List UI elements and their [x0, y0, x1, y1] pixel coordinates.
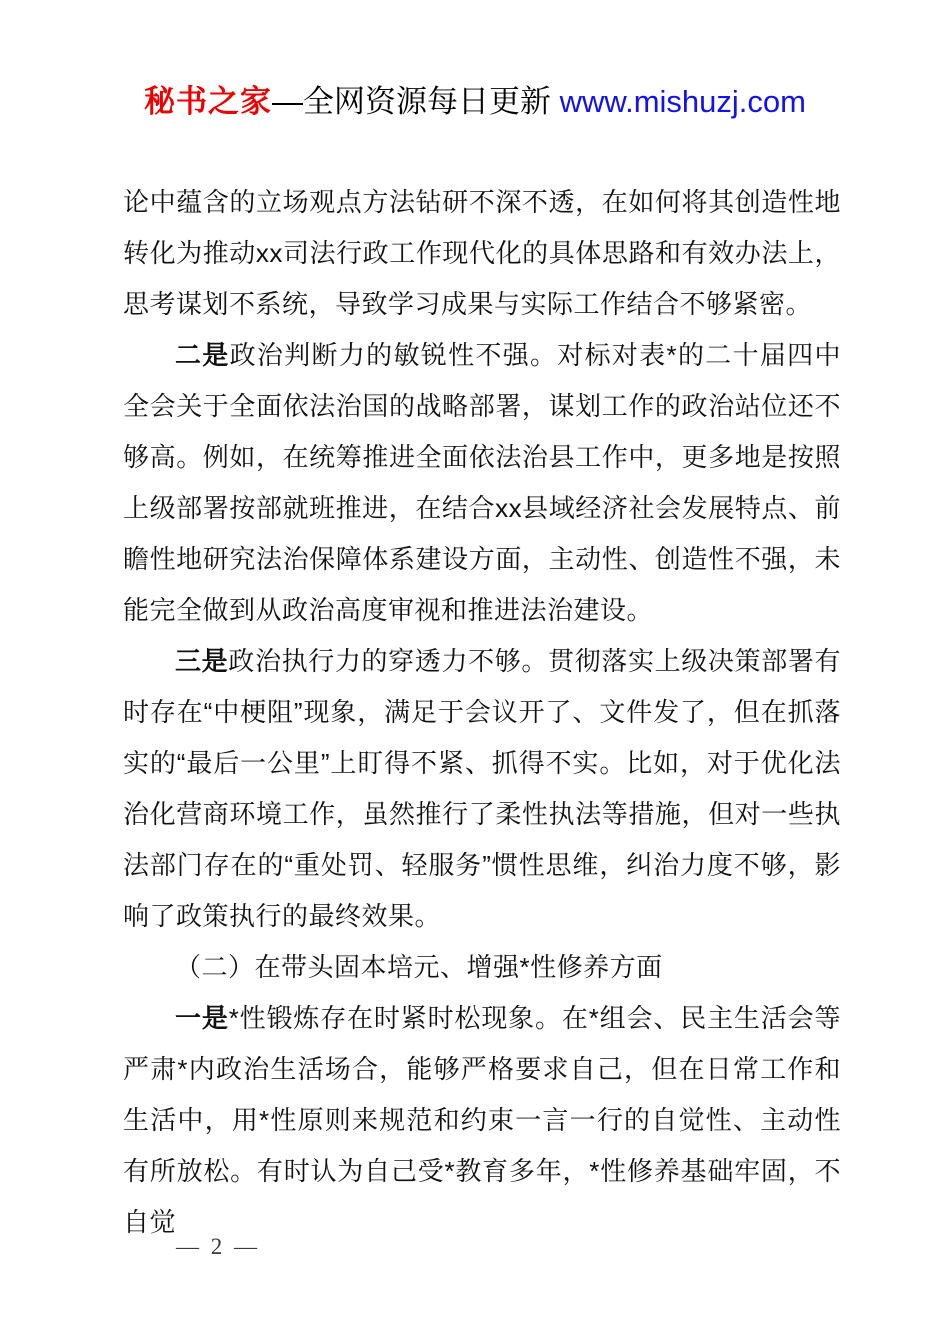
document-body: 论中蕴含的立场观点方法钻研不深不透，在如何将其创造性地转化为推动xx司法行政工作… [123, 177, 841, 1248]
section-heading: （二）在带头固本培元、增强*性修养方面 [123, 942, 841, 993]
paragraph-point-one: 一是*性锻炼存在时紧时松现象。在*组会、民主生活会等严肃*内政治生活场合，能够严… [123, 993, 841, 1248]
paragraph-lead: 一是 [175, 1003, 229, 1033]
paragraph-continuation: 论中蕴含的立场观点方法钻研不深不透，在如何将其创造性地转化为推动xx司法行政工作… [123, 177, 841, 330]
page-number: — 2 — [176, 1234, 260, 1260]
paragraph-text: 论中蕴含的立场观点方法钻研不深不透，在如何将其创造性地转化为推动xx司法行政工作… [123, 187, 841, 319]
document-page: 秘书之家—全网资源每日更新 www.mishuzj.com 论中蕴含的立场观点方… [0, 0, 950, 1344]
header-dash: — [272, 84, 303, 119]
paragraph-text: 政治判断力的敏锐性不强。对标对表*的二十届四中全会关于全面依法治国的战略部署，谋… [123, 340, 841, 625]
paragraph-text: *性锻炼存在时紧时松现象。在*组会、民主生活会等严肃*内政治生活场合，能够严格要… [123, 1003, 841, 1237]
paragraph-lead: 二是 [175, 340, 230, 370]
paragraph-text: 政治执行力的穿透力不够。贯彻落实上级决策部署有时存在“中梗阻”现象，满足于会议开… [123, 646, 841, 931]
paragraph-lead: 三是 [175, 646, 228, 676]
paragraph-point-three: 三是政治执行力的穿透力不够。贯彻落实上级决策部署有时存在“中梗阻”现象，满足于会… [123, 636, 841, 942]
site-name: 秘书之家 [144, 84, 272, 119]
paragraph-point-two: 二是政治判断力的敏锐性不强。对标对表*的二十届四中全会关于全面依法治国的战略部署… [123, 330, 841, 636]
document-header: 秘书之家—全网资源每日更新 www.mishuzj.com [0, 82, 950, 122]
section-heading-text: （二）在带头固本培元、增强*性修养方面 [175, 952, 663, 982]
header-tagline: 全网资源每日更新 [303, 84, 560, 119]
site-url-link[interactable]: www.mishuzj.com [560, 84, 806, 119]
